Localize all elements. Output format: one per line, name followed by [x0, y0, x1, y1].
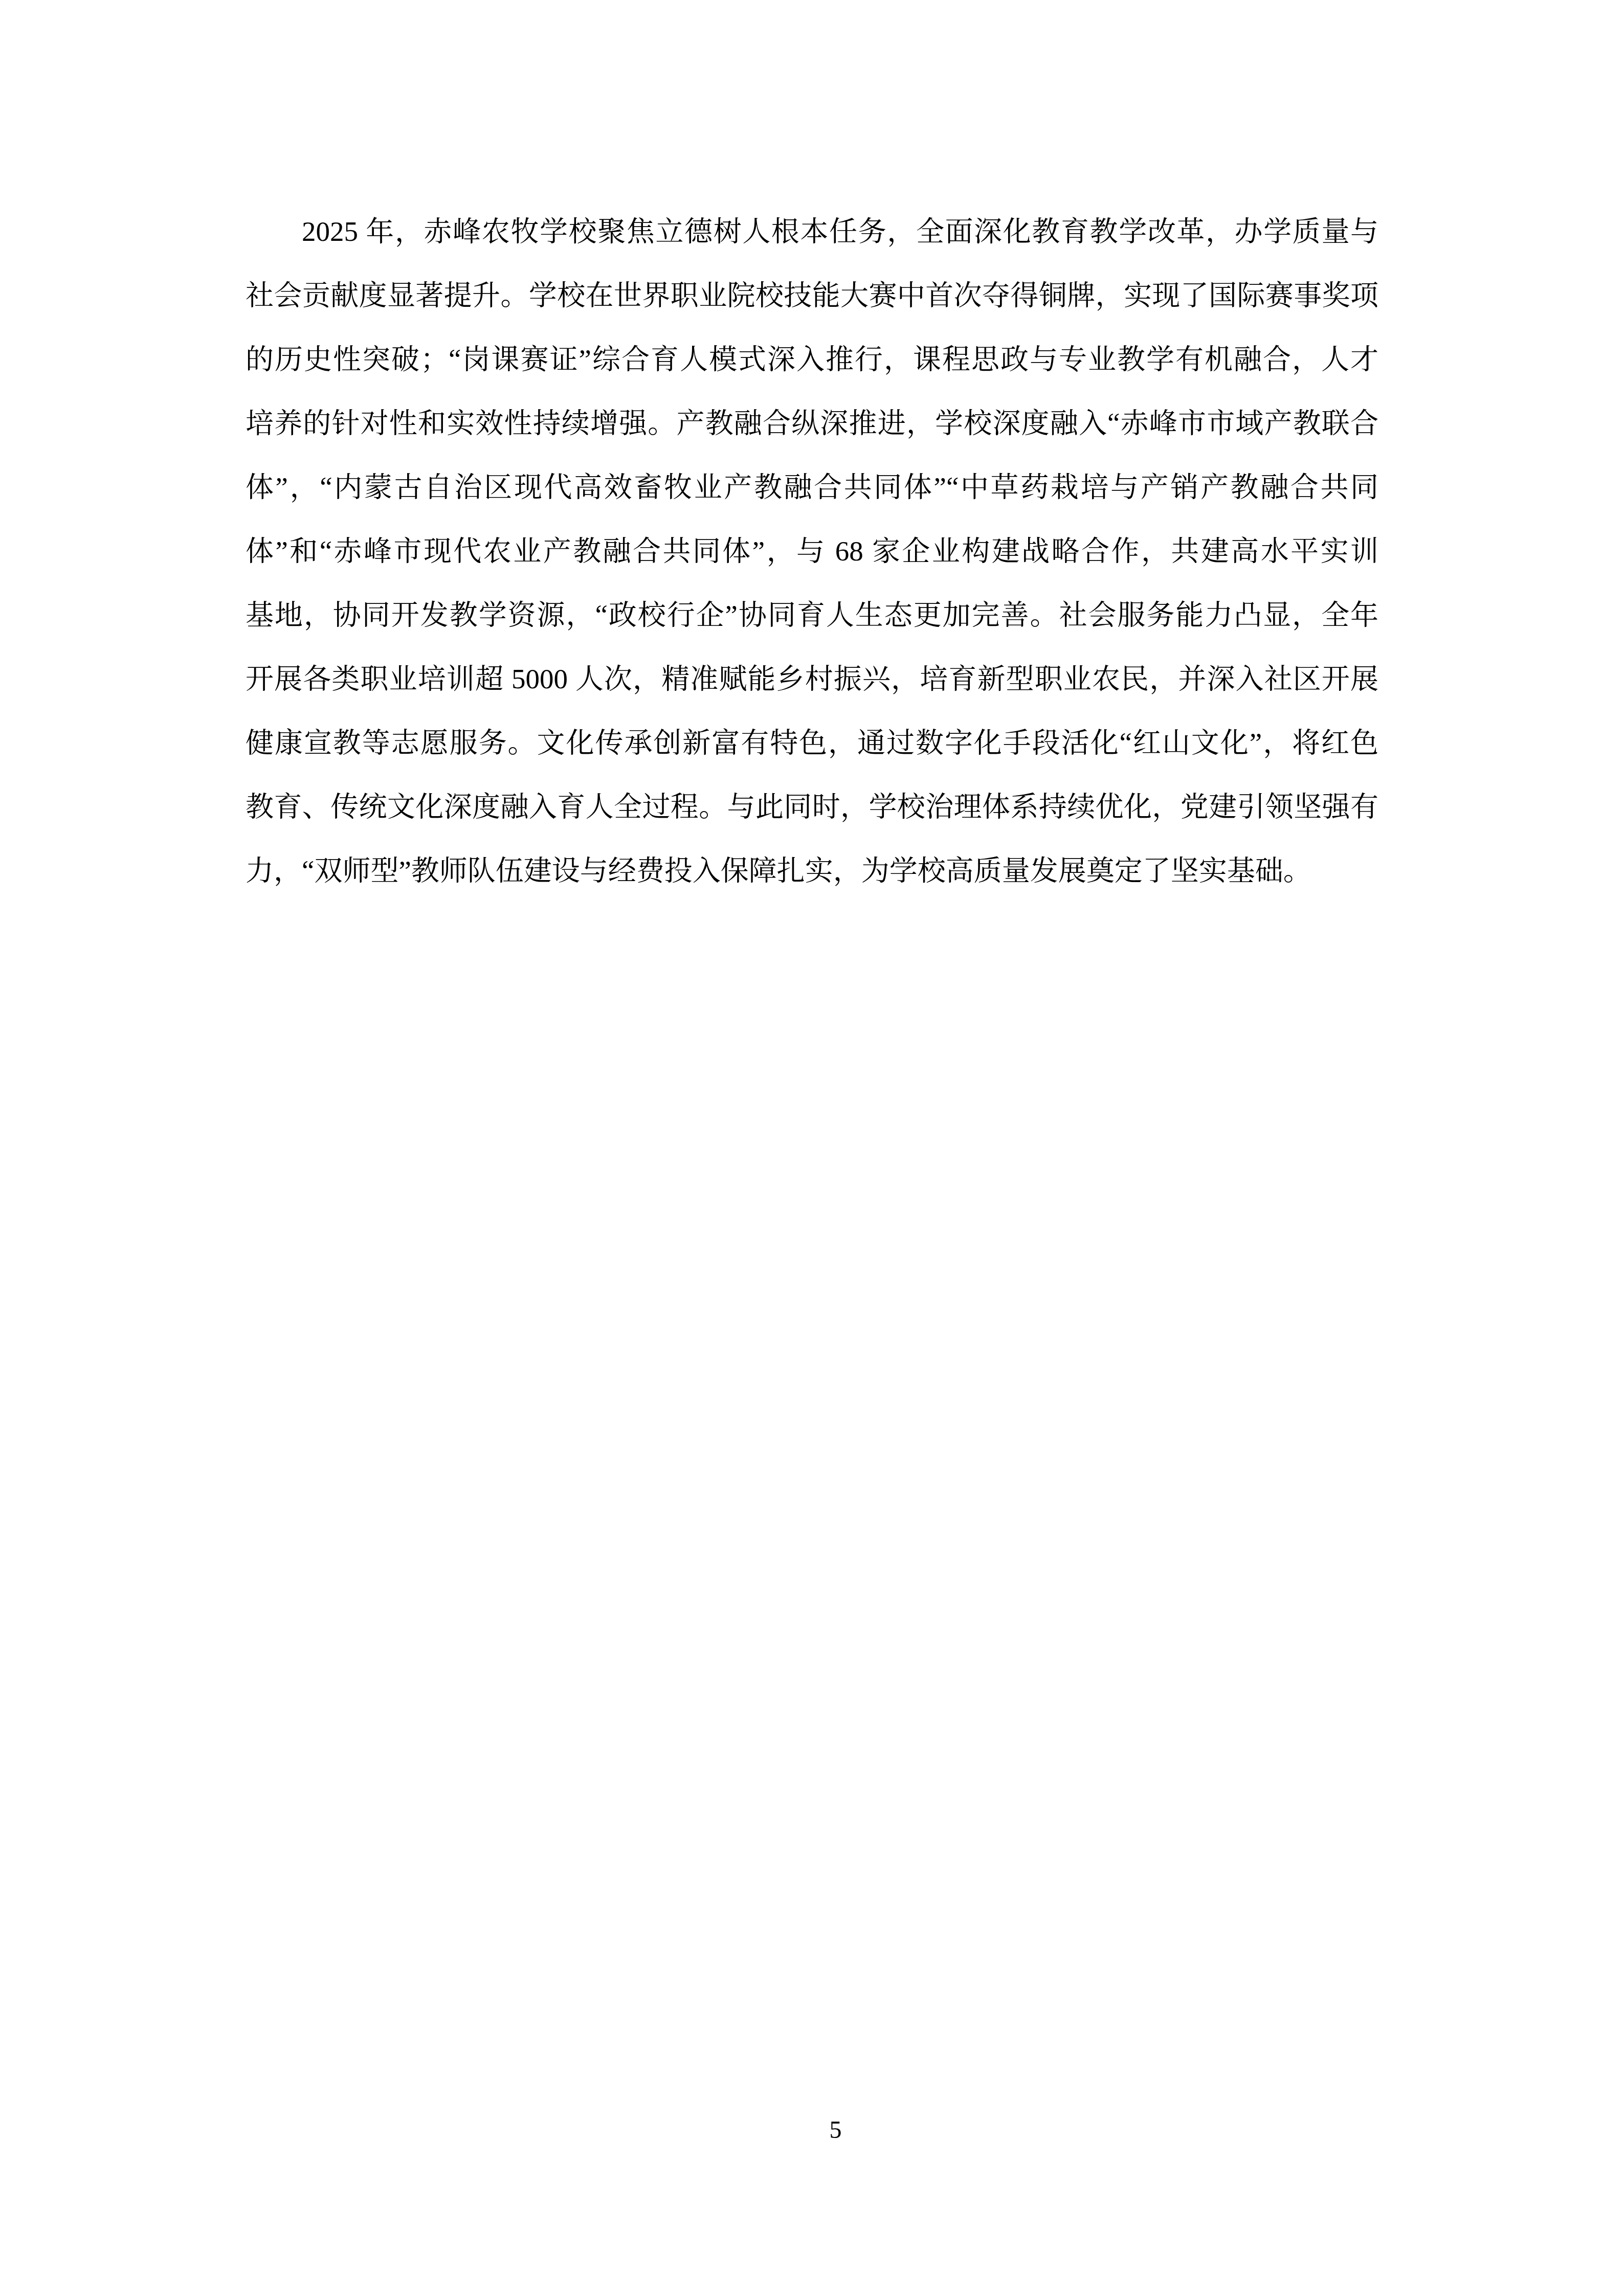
body-paragraph: 2025 年，赤峰农牧学校聚焦立德树人根本任务，全面深化教育教学改革，办学质量与…: [246, 199, 1378, 903]
paragraph-line: 体”，“内蒙古自治区现代高效畜牧业产教融合共同体”“中草药栽培与产销产教融合共同: [246, 455, 1378, 519]
paragraph-line: 开展各类职业培训超 5000 人次，精准赋能乡村振兴，培育新型职业农民，并深入社…: [246, 647, 1378, 711]
paragraph-line: 体”和“赤峰市现代农业产教融合共同体”，与 68 家企业构建战略合作，共建高水平…: [246, 519, 1378, 583]
paragraph-line: 健康宣教等志愿服务。文化传承创新富有特色，通过数字化手段活化“红山文化”，将红色: [246, 711, 1378, 775]
paragraph-line: 社会贡献度显著提升。学校在世界职业院校技能大赛中首次夺得铜牌，实现了国际赛事奖项: [246, 263, 1378, 327]
document-page: 2025 年，赤峰农牧学校聚焦立德树人根本任务，全面深化教育教学改革，办学质量与…: [0, 0, 1624, 2296]
page-number: 5: [830, 2117, 842, 2144]
paragraph-line: 力，“双师型”教师队伍建设与经费投入保障扎实，为学校高质量发展奠定了坚实基础。: [246, 839, 1378, 903]
page-footer: 5: [0, 2116, 1624, 2145]
paragraph-line: 教育、传统文化深度融入育人全过程。与此同时，学校治理体系持续优化，党建引领坚强有: [246, 775, 1378, 839]
paragraph-line: 的历史性突破；“岗课赛证”综合育人模式深入推行，课程思政与专业教学有机融合，人才: [246, 327, 1378, 391]
paragraph-line: 2025 年，赤峰农牧学校聚焦立德树人根本任务，全面深化教育教学改革，办学质量与: [246, 199, 1378, 263]
paragraph-line: 培养的针对性和实效性持续增强。产教融合纵深推进，学校深度融入“赤峰市市域产教联合: [246, 391, 1378, 455]
paragraph-line: 基地，协同开发教学资源，“政校行企”协同育人生态更加完善。社会服务能力凸显，全年: [246, 583, 1378, 647]
